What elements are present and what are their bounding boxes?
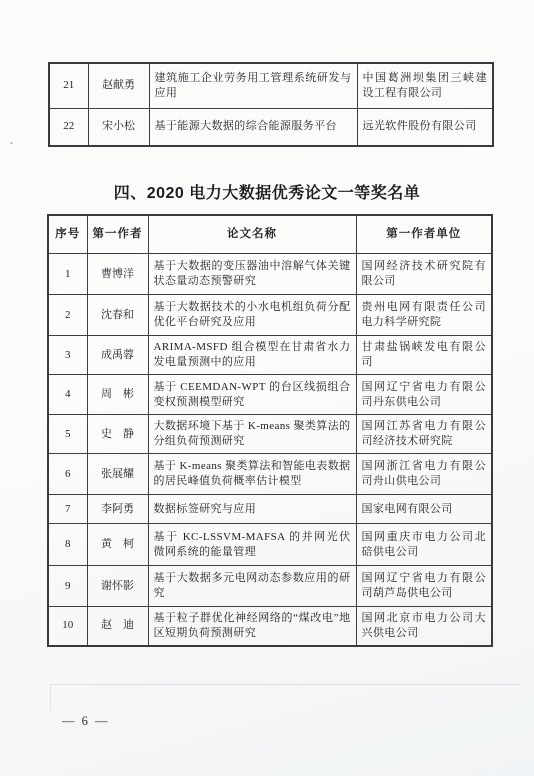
paper-title-cell: 基于 KC-LSSVM-MAFSA 的并网光伏微网系统的能量管理	[148, 524, 356, 566]
scan-speck-artifact	[10, 142, 13, 144]
paper-title-cell: 基于能源大数据的综合能源服务平台	[149, 108, 357, 146]
table-row: 6 张展耀 基于 K-means 聚类算法和智能电表数据的居民峰值负荷概率估计模…	[48, 454, 492, 495]
section-heading: 四、2020 电力大数据优秀论文一等奖名单	[0, 180, 534, 203]
organization-cell: 国网江苏省电力有限公司经济技术研究院	[356, 415, 492, 454]
table-row: 22 宋小松 基于能源大数据的综合能源服务平台 远光软件股份有限公司	[49, 108, 493, 146]
row-number-cell: 3	[48, 336, 87, 375]
header-first-author: 第一作者	[87, 215, 148, 254]
author-cell: 黄 柯	[87, 524, 148, 566]
table-row: 2 沈春和 基于大数据技术的小水电机组负荷分配优化平台研究及应用 贵州电网有限责…	[48, 295, 492, 336]
page-bleed-artifact	[50, 684, 519, 711]
author-cell: 曹博洋	[87, 254, 148, 295]
table-row: 21 赵献勇 建筑施工企业劳务用工管理系统研发与应用 中国葛洲坝集团三峡建设工程…	[49, 63, 493, 108]
table-row: 5 史 静 大数据环境下基于 K-means 聚类算法的分组负荷预测研究 国网江…	[48, 415, 492, 454]
table-row: 10 赵 迪 基于粒子群优化神经网络的“煤改电”地区短期负荷预测研究 国网北京市…	[48, 607, 492, 646]
row-number-cell: 5	[48, 415, 87, 454]
table-row: 1 曹博洋 基于大数据的变压器油中溶解气体关键状态量动态预警研究 国网经济技术研…	[48, 254, 492, 295]
paper-title-cell: 数据标签研究与应用	[148, 495, 356, 524]
organization-cell: 国网浙江省电力有限公司舟山供电公司	[356, 454, 492, 495]
paper-title-cell: 基于粒子群优化神经网络的“煤改电”地区短期负荷预测研究	[148, 607, 356, 646]
organization-cell: 国网重庆市电力公司北碚供电公司	[356, 524, 492, 566]
organization-cell: 国网辽宁省电力有限公司葫芦岛供电公司	[356, 566, 492, 607]
first-prize-awards-table: 序号 第一作者 论文名称 第一作者单位 1 曹博洋 基于大数据的变压器油中溶解气…	[47, 214, 493, 647]
organization-cell: 甘肃盐锅峡发电有限公司	[356, 336, 492, 375]
row-number-cell: 22	[49, 108, 88, 146]
organization-cell: 远光软件股份有限公司	[357, 108, 493, 146]
paper-title-cell: 基于大数据的变压器油中溶解气体关键状态量动态预警研究	[148, 254, 356, 295]
author-cell: 张展耀	[87, 454, 148, 495]
author-cell: 李阿勇	[87, 495, 148, 524]
author-cell: 宋小松	[88, 108, 149, 146]
table-header-row: 序号 第一作者 论文名称 第一作者单位	[48, 215, 492, 254]
header-author-org: 第一作者单位	[356, 215, 492, 254]
paper-title-cell: 基于 CEEMDAN-WPT 的台区线损组合变权预测模型研究	[148, 375, 356, 415]
paper-title-cell: 建筑施工企业劳务用工管理系统研发与应用	[149, 63, 357, 108]
row-number-cell: 7	[48, 495, 87, 524]
author-cell: 赵献勇	[88, 63, 149, 108]
table-row: 3 成禹蓉 ARIMA-MSFD 组合模型在甘肃省水力发电量预测中的应用 甘肃盐…	[48, 336, 492, 375]
author-cell: 史 静	[87, 415, 148, 454]
organization-cell: 贵州电网有限责任公司电力科学研究院	[356, 295, 492, 336]
paper-title-cell: ARIMA-MSFD 组合模型在甘肃省水力发电量预测中的应用	[148, 336, 356, 375]
author-cell: 沈春和	[87, 295, 148, 336]
organization-cell: 国家电网有限公司	[356, 495, 492, 524]
organization-cell: 国网经济技术研究院有限公司	[356, 254, 492, 295]
author-cell: 周 彬	[87, 375, 148, 415]
paper-title-cell: 基于大数据技术的小水电机组负荷分配优化平台研究及应用	[148, 295, 356, 336]
organization-cell: 国网北京市电力公司大兴供电公司	[356, 607, 492, 646]
organization-cell: 中国葛洲坝集团三峡建设工程有限公司	[357, 63, 493, 108]
author-cell: 成禹蓉	[87, 336, 148, 375]
paper-title-cell: 大数据环境下基于 K-means 聚类算法的分组负荷预测研究	[148, 415, 356, 454]
table-row: 4 周 彬 基于 CEEMDAN-WPT 的台区线损组合变权预测模型研究 国网辽…	[48, 375, 492, 415]
row-number-cell: 10	[48, 607, 87, 646]
header-serial-number: 序号	[48, 215, 87, 254]
row-number-cell: 21	[49, 63, 88, 108]
continuation-award-table: 21 赵献勇 建筑施工企业劳务用工管理系统研发与应用 中国葛洲坝集团三峡建设工程…	[48, 62, 494, 147]
author-cell: 谢怀影	[87, 566, 148, 607]
table-row: 9 谢怀影 基于大数据多元电网动态参数应用的研究 国网辽宁省电力有限公司葫芦岛供…	[48, 566, 492, 607]
row-number-cell: 8	[48, 524, 87, 566]
header-paper-title: 论文名称	[148, 215, 356, 254]
row-number-cell: 2	[48, 295, 87, 336]
row-number-cell: 6	[48, 454, 87, 495]
page-number: — 6 —	[62, 714, 110, 729]
row-number-cell: 1	[48, 254, 87, 295]
paper-title-cell: 基于大数据多元电网动态参数应用的研究	[148, 566, 356, 607]
row-number-cell: 4	[48, 375, 87, 415]
row-number-cell: 9	[48, 566, 87, 607]
paper-title-cell: 基于 K-means 聚类算法和智能电表数据的居民峰值负荷概率估计模型	[148, 454, 356, 495]
table-row: 7 李阿勇 数据标签研究与应用 国家电网有限公司	[48, 495, 492, 524]
table-row: 8 黄 柯 基于 KC-LSSVM-MAFSA 的并网光伏微网系统的能量管理 国…	[48, 524, 492, 566]
author-cell: 赵 迪	[87, 607, 148, 646]
scanned-document-page: 21 赵献勇 建筑施工企业劳务用工管理系统研发与应用 中国葛洲坝集团三峡建设工程…	[0, 0, 534, 776]
organization-cell: 国网辽宁省电力有限公司丹东供电公司	[356, 375, 492, 415]
